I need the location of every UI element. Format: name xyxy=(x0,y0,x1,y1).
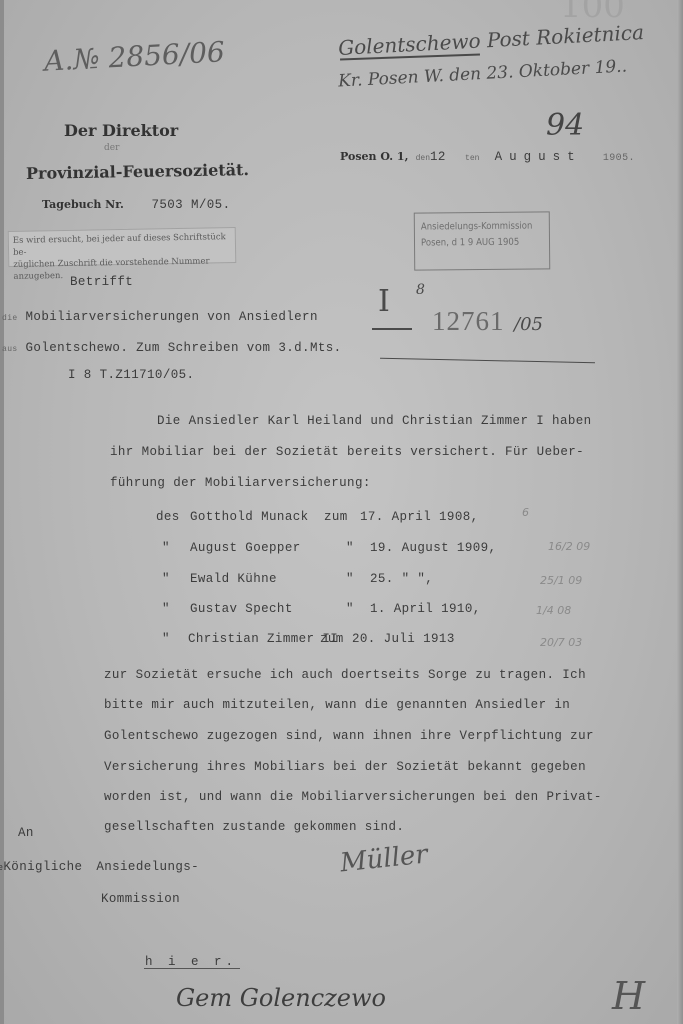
list-date: 17. April 1908, xyxy=(360,510,479,524)
bottom-right-mark: H xyxy=(612,974,645,1018)
list-conj: " xyxy=(346,541,354,555)
registry-roman: I xyxy=(378,284,390,319)
registry-underline xyxy=(372,328,412,330)
list-date: 19. August 1909, xyxy=(370,541,496,555)
body-para2-line1: zur Sozietät ersuche ich auch doertseits… xyxy=(104,668,586,682)
den-label: den xyxy=(416,154,430,163)
subject-prefix-die: die xyxy=(2,314,18,323)
date-year: 1905. xyxy=(603,153,635,164)
registry-sup: 8 xyxy=(416,282,425,298)
body-para2-line6: gesellschaften zustande gekommen sind. xyxy=(104,820,404,834)
body-para1-line3: führung der Mobiliarversicherung: xyxy=(110,476,371,490)
handwritten-reference-number: A.№ 2856/06 xyxy=(43,35,225,77)
list-date: 25. " ", xyxy=(370,572,433,586)
addressee-line2: Kommission xyxy=(101,892,180,906)
body-para2-line5: worden ist, und wann die Mobiliarversich… xyxy=(104,790,602,804)
subject-prefix-aus: aus xyxy=(2,345,18,354)
subject-line-1: die Mobiliarversicherungen von Ansiedler… xyxy=(2,310,318,324)
body-para2-line3: Golentschewo zugezogen sind, wann ihnen … xyxy=(104,729,594,743)
hier-underline xyxy=(144,968,240,969)
body-para2-line4: Versicherung ihres Mobiliars bei der Soz… xyxy=(104,760,586,774)
journal-label: Tagebuch Nr. xyxy=(42,198,124,211)
subject-line-3: I 8 T.Z11710/05. xyxy=(68,368,194,382)
handwritten-header-line1: Golentschewo Post Rokietnica xyxy=(338,20,645,60)
list-date: 1. April 1910, xyxy=(370,602,481,616)
list-prefix: des xyxy=(156,510,180,524)
addressee-koenigliche: Königliche xyxy=(3,860,82,874)
addressee-hier: h i e r. xyxy=(145,955,237,969)
addressee-ansiedelungs: Ansiedelungs- xyxy=(96,860,199,874)
pencil-note: 6 xyxy=(522,506,529,519)
addressee-an: An xyxy=(18,826,34,840)
ten-label: ten xyxy=(465,154,479,163)
body-para1-line2: ihr Mobiliar bei der Sozietät bereits ve… xyxy=(110,445,584,459)
body-para2-line2: bitte mir auch mitzuteilen, wann die gen… xyxy=(104,698,570,712)
subject-line-1-text: Mobiliarversicherungen von Ansiedlern xyxy=(26,310,318,324)
signature: Müller xyxy=(339,839,429,878)
list-name: Ewald Kühne xyxy=(190,572,277,586)
date-month: August xyxy=(495,150,582,164)
list-conj: zum xyxy=(320,632,344,646)
bottom-handwritten-note: Gem Golenczewo xyxy=(176,984,386,1012)
subject-line-2: aus Golentschewo. Zum Schreiben vom 3.d.… xyxy=(2,341,342,355)
pencil-note: 20/7 03 xyxy=(540,636,582,649)
pencil-note: 16/2 09 xyxy=(548,540,590,553)
list-prefix: " xyxy=(162,541,170,555)
pencil-note: 1/4 08 xyxy=(536,604,571,617)
registry-number: 12761 xyxy=(432,306,505,337)
list-conj: " xyxy=(346,572,354,586)
received-stamp: Ansiedelungs-Kommission Posen, d 1 9 AUG… xyxy=(414,211,551,270)
stamp-line-1: Ansiedelungs-Kommission xyxy=(421,218,543,235)
date-day: 12 xyxy=(430,150,446,164)
subject-label: Betrifft xyxy=(70,275,133,289)
letterhead-institution: Provinzial-Feuersozietät. xyxy=(26,160,249,183)
body-para1-line1: Die Ansiedler Karl Heiland und Christian… xyxy=(157,414,592,428)
list-prefix: " xyxy=(162,632,170,646)
list-conj: zum xyxy=(324,510,348,524)
journal-line: Tagebuch Nr. 7503 M/05. xyxy=(42,195,230,213)
letterhead-title: Der Direktor xyxy=(64,121,178,140)
reference-notice-box: Es wird ersucht, bei jeder auf dieses Sc… xyxy=(8,227,237,267)
stamp-line-2: Posen, d 1 9 AUG 1905 xyxy=(421,234,543,251)
list-name: Gustav Specht xyxy=(190,602,293,616)
pencil-note: 25/1 09 xyxy=(540,574,582,587)
list-name: Gotthold Munack xyxy=(190,510,309,524)
list-name: Christian Zimmer II xyxy=(188,632,338,646)
list-name: August Goepper xyxy=(190,541,301,555)
list-date: 20. Juli 1913 xyxy=(352,632,455,646)
letterhead-of: der xyxy=(104,143,119,153)
list-conj: " xyxy=(346,602,354,616)
handwritten-header-line2: Kr. Posen W. den 23. Oktober 19.. xyxy=(338,56,628,91)
folio-number: 94 xyxy=(546,108,584,143)
list-prefix: " xyxy=(162,572,170,586)
subject-line-2-text: Golentschewo. Zum Schreiben vom 3.d.Mts. xyxy=(26,341,342,355)
registry-year: /05 xyxy=(514,314,543,335)
registry-long-underline xyxy=(380,358,595,364)
journal-number: 7503 M/05. xyxy=(151,198,230,212)
place: Posen O. 1, xyxy=(340,150,408,163)
place-date-line: Posen O. 1, den12 ten August 1905. xyxy=(340,150,635,164)
scan-right-edge xyxy=(677,0,683,1024)
list-prefix: " xyxy=(162,602,170,616)
addressee-line1: dieKönigliche Ansiedelungs- xyxy=(0,860,199,874)
